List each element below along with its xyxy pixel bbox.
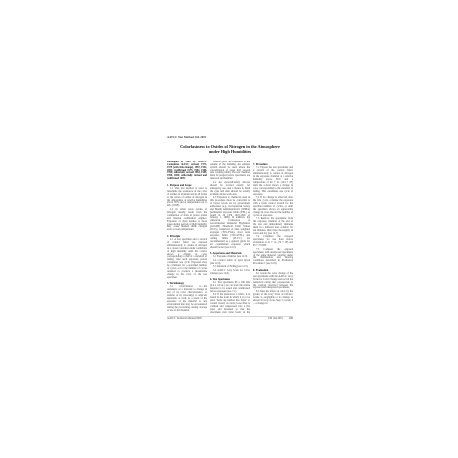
paragraph: 5.4 AATCC Gray Scale for Color Change (s… xyxy=(210,270,250,276)
paragraph: 7.3 Remove the specimens from the exposu… xyxy=(253,218,293,236)
paragraph: 8.1 Grade the color change of the test s… xyxy=(253,273,293,291)
document-page: AATCC Test Method 164-2001 Colorfastness… xyxy=(167,136,293,321)
paragraph: 6.2 If the material is a fabric, it is t… xyxy=(210,294,250,312)
column-2: bustion gases are exhausted to the outsi… xyxy=(210,161,250,313)
column-1: Developed in 1969 by AATCC Committee RA3… xyxy=(167,161,207,313)
paragraph: 4.3 Exposure to chemicals used in this p… xyxy=(210,197,250,250)
method-reference: AATCC Test Method 164-2001 xyxy=(167,136,293,139)
paragraph: Developed in 1969 by AATCC Committee RA3… xyxy=(167,161,207,181)
page-footer: AATCC Technical Manual/2005 TM 164-2001 … xyxy=(167,318,293,321)
paragraph: 7.1 Expose the test specimens and a swat… xyxy=(253,167,293,196)
text-columns: Developed in 1969 by AATCC Committee RA3… xyxy=(167,161,293,313)
footer-method-number: TM 164-2001 xyxy=(268,318,283,321)
paragraph: 7.2 If no change is observed after the f… xyxy=(253,197,293,217)
paragraph: 2.1 A test specimen and a swatch of cont… xyxy=(167,239,207,280)
paragraph: 6.1 Test specimens 60 x 100 mm (2.4 x 4.… xyxy=(210,282,250,294)
paragraph: 1.2 In urban areas oxides of nitrogen us… xyxy=(167,209,207,232)
paragraph: 7.5 Compare the exposed specimens with u… xyxy=(253,249,293,267)
footer-page-number: 269 xyxy=(289,318,293,321)
paragraph: 8.2 Rate the effect on color by the grad… xyxy=(253,291,293,306)
column-3: 7. Procedure7.1 Expose the test specimen… xyxy=(253,161,293,313)
paragraph: 7.4 Condition the exposed specimens for … xyxy=(253,236,293,248)
paragraph: 4.2 An eyewash/safety shower should be l… xyxy=(210,182,250,197)
paragraph: bustion gases are exhausted to the outsi… xyxy=(210,161,250,181)
footer-manual-reference: AATCC Technical Manual/2005 xyxy=(167,318,202,321)
paragraph: 1.1 This test method is used to determin… xyxy=(167,188,207,208)
paragraph: 3.1 colorfastness, n.—the resistance of … xyxy=(167,286,207,312)
page-title: Colorfastness to Oxides of Nitrogen in t… xyxy=(175,144,285,155)
